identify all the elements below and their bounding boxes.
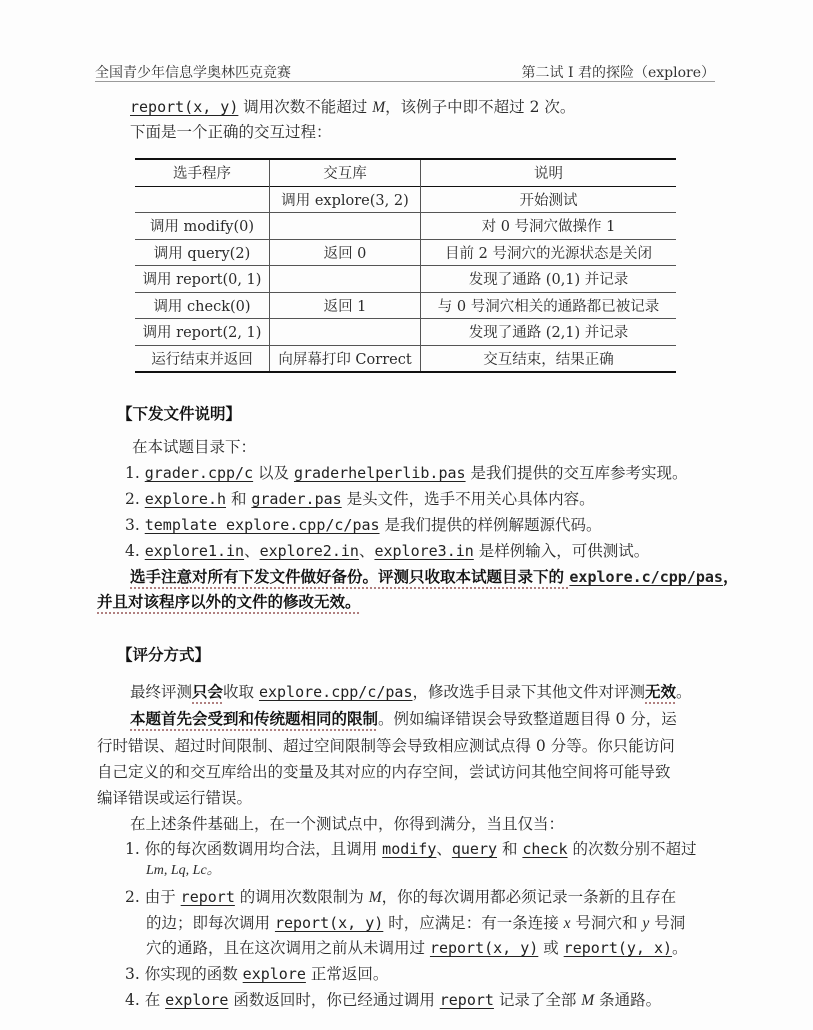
- files-note-line-2: 并且对该程序以外的文件的修改无效。: [97, 592, 361, 612]
- intro-line-1: report(x, y) 调用次数不能超过 M，该例子中即不超过 2 次。: [130, 97, 575, 118]
- scoring-paragraph-2-line-1: 本题首先会受到和传统题相同的限制。例如编译错误会导致整道题目得 0 分，运: [130, 709, 677, 729]
- section-title-scoring: 【评分方式】: [117, 643, 210, 665]
- intro-line-2: 下面是一个正确的交互过程：: [130, 122, 332, 142]
- file-list-item: 4. explore1.in、explore2.in、explore3.in 是…: [125, 541, 649, 561]
- column-header: 选手程序: [135, 159, 270, 186]
- condition-item: 1. 你的每次函数调用均合法，且调用 modify、query 和 check …: [125, 839, 696, 859]
- table-row: 运行结束并返回向屏幕打印 Correct交互结束，结果正确: [135, 345, 676, 372]
- table-row: 调用 report(0, 1)发现了通路 (0,1) 并记录: [135, 266, 676, 293]
- table-row: 调用 query(2)返回 0目前 2 号洞穴的光源状态是关闭: [135, 239, 676, 266]
- condition-item: 2. 由于 report 的调用次数限制为 M，你的每次调用都必须记录一条新的且…: [125, 887, 676, 908]
- condition-item-continuation: 穴的通路，且在这次调用之前从未调用过 report(x, y) 或 report…: [146, 938, 688, 958]
- section-title-files: 【下发文件说明】: [117, 402, 241, 424]
- scoring-paragraph-1: 最终评测只会收取 explore.cpp/c/pas，修改选手目录下其他文件对评…: [130, 682, 692, 702]
- scoring-paragraph-2-line-2: 行时错误、超过时间限制、超过空间限制等会导致相应测试点得 0 分等。你只能访问: [97, 736, 675, 756]
- code-report-xy: report(x, y): [130, 98, 238, 116]
- table-row: 调用 explore(3, 2)开始测试: [135, 186, 676, 213]
- scoring-paragraph-2-line-4: 编译错误或运行错误。: [97, 788, 252, 808]
- scoring-paragraph-3: 在上述条件基础上，在一个测试点中，你得到满分，当且仅当：: [130, 814, 564, 834]
- page-header-right: 第二试 I 君的探险（explore）: [522, 62, 715, 82]
- scoring-paragraph-2-line-3: 自己定义的和交互库给出的变量及其对应的内存空间，尝试访问其他空间将可能导致: [97, 762, 671, 782]
- column-header: 交互库: [270, 159, 421, 186]
- file-list-item: 2. explore.h 和 grader.pas 是头文件，选手不用关心具体内…: [125, 489, 595, 509]
- file-list-item: 3. template_explore.cpp/c/pas 是我们提供的样例解题…: [125, 515, 601, 535]
- table-row: 调用 modify(0)对 0 号洞穴做操作 1: [135, 213, 676, 240]
- table-row: 调用 check(0)返回 1与 0 号洞穴相关的通路都已被记录: [135, 292, 676, 319]
- file-list-item: 1. grader.cpp/c 以及 graderhelperlib.pas 是…: [125, 463, 688, 483]
- condition-item: 4. 在 explore 函数返回时，你已经通过调用 report 记录了全部 …: [125, 990, 661, 1011]
- page-header-left: 全国青少年信息学奥林匹克竞赛: [95, 62, 291, 82]
- table-header-row: 选手程序 交互库 说明: [135, 159, 676, 186]
- files-note-line-1: 选手注意对所有下发文件做好备份。评测只收取本试题目录下的 explore.c/c…: [130, 567, 738, 587]
- condition-item-continuation: Lm, Lq, Lc。: [146, 861, 221, 881]
- interaction-table: 选手程序 交互库 说明 调用 explore(3, 2)开始测试 调用 modi…: [135, 158, 676, 373]
- column-header: 说明: [421, 159, 677, 186]
- condition-item-continuation: 的边；即每次调用 report(x, y) 时，应满足：有一条连接 x 号洞穴和…: [146, 913, 685, 934]
- files-intro: 在本试题目录下：: [132, 437, 256, 457]
- condition-item: 3. 你实现的函数 explore 正常返回。: [125, 964, 388, 984]
- header-rule: [95, 81, 715, 82]
- table-row: 调用 report(2, 1)发现了通路 (2,1) 并记录: [135, 319, 676, 346]
